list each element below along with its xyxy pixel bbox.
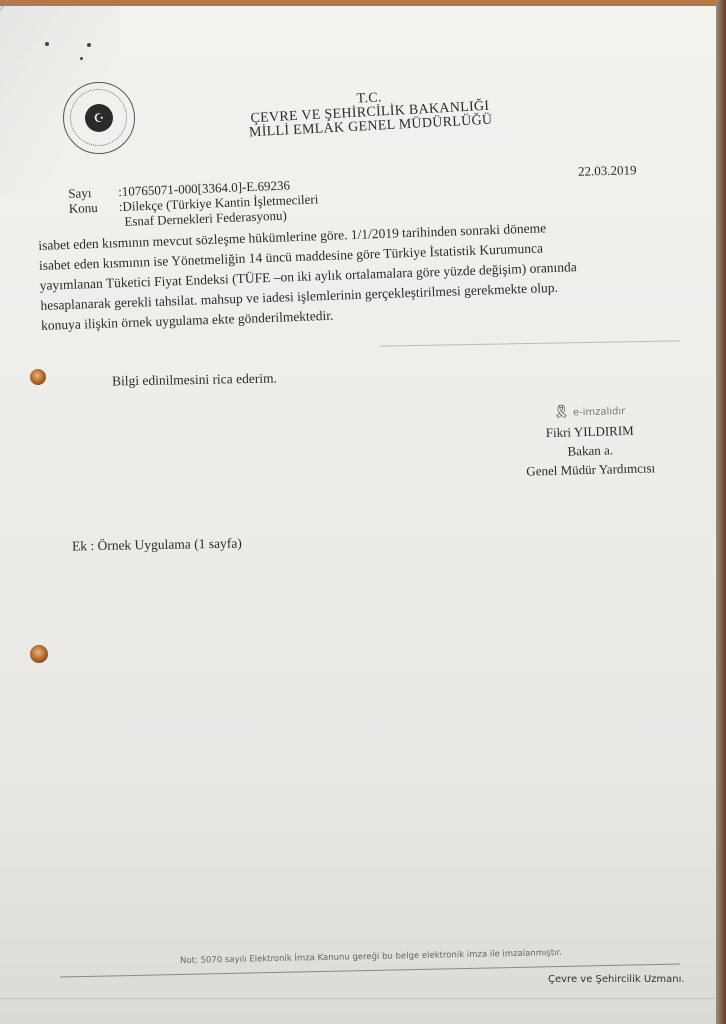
attachment-line: Ek : Örnek Uygulama (1 sayfa) — [72, 536, 242, 555]
ink-speck — [80, 57, 83, 60]
esign-label: e-imzalıdır — [573, 406, 626, 418]
closing-text: Bilgi edinilmesini rica ederim. — [112, 371, 277, 390]
document-date: 22.03.2019 — [578, 162, 637, 180]
punch-hole — [30, 369, 46, 385]
ribbon-icon: 🎗 — [553, 405, 570, 420]
ministry-seal-icon: ☪ — [63, 82, 135, 154]
signature-block: 🎗 e-imzalıdır Fikri YILDIRIM Bakan a. Ge… — [499, 400, 681, 482]
footer-role: Çevre ve Şehircilik Uzmanı. — [548, 974, 685, 985]
footer-divider — [0, 998, 716, 999]
punch-hole — [30, 645, 48, 663]
ink-speck — [87, 43, 91, 47]
document-meta: Sayı :10765071-000[3364.0]-E.69236 Konu … — [68, 176, 319, 231]
ink-speck — [45, 42, 49, 46]
page-edge — [716, 0, 726, 1024]
